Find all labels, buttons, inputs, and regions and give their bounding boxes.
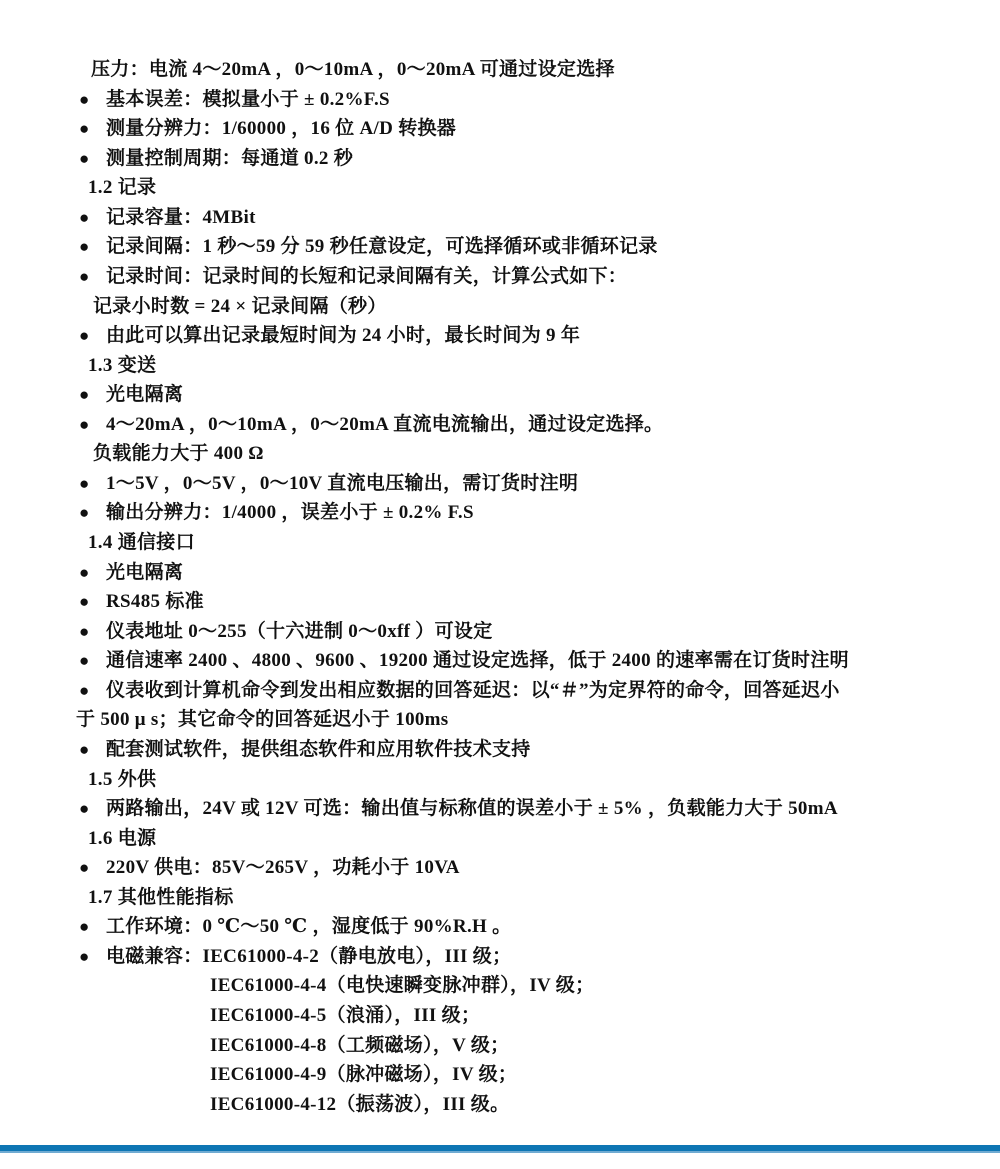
spec-text: 记录小时数 = 24 × 记录间隔（秒） [93, 296, 387, 317]
spec-line-section: 1.5 外供 [0, 765, 1000, 795]
spec-text: 1.4 通信接口 [88, 532, 195, 553]
spec-line-bullet: ●工作环境：0 ℃～50 ℃ ，湿度低于 90%R.H 。 [0, 912, 1000, 942]
spec-line-cont: 记录小时数 = 24 × 记录间隔（秒） [0, 292, 1000, 322]
spec-line-bullet: ●记录间隔：1 秒～59 分 59 秒任意设定，可选择循环或非循环记录 [0, 232, 1000, 262]
bullet-icon: ● [79, 794, 106, 824]
bullet-icon: ● [79, 646, 106, 676]
spec-line-bullet: ●电磁兼容：IEC61000-4-2（静电放电），III 级； [0, 942, 1000, 972]
spec-text: 记录间隔：1 秒～59 分 59 秒任意设定，可选择循环或非循环记录 [106, 236, 658, 257]
bullet-icon: ● [79, 853, 106, 883]
spec-document-page: 压力：电流 4～20mA ，0～10mA ，0～20mA 可通过设定选择●基本误… [0, 0, 1000, 1169]
bullet-icon: ● [79, 232, 106, 262]
bullet-icon: ● [79, 676, 106, 706]
spec-line-bullet: ●测量分辨力：1/60000 ，16 位 A/D 转换器 [0, 114, 1000, 144]
spec-text: 220V 供电：85V～265V ，功耗小于 10VA [106, 857, 460, 878]
bullet-icon: ● [79, 558, 106, 588]
spec-text: 光电隔离 [106, 562, 183, 583]
spec-line-contleft: 于 500 μ s；其它命令的回答延迟小于 100ms [0, 705, 1000, 735]
spec-text: 测量控制周期：每通道 0.2 秒 [106, 148, 353, 169]
spec-line-bullet: ●记录容量：4MBit [0, 203, 1000, 233]
spec-text: 压力：电流 4～20mA ，0～10mA ，0～20mA 可通过设定选择 [91, 59, 615, 80]
spec-list: 压力：电流 4～20mA ，0～10mA ，0～20mA 可通过设定选择●基本误… [0, 55, 1000, 1119]
spec-text: IEC61000-4-8（工频磁场），V 级； [210, 1035, 509, 1056]
spec-text: 记录容量：4MBit [106, 207, 256, 228]
bullet-icon: ● [79, 85, 106, 115]
spec-line-bullet: ●光电隔离 [0, 380, 1000, 410]
spec-text: 仪表收到计算机命令到发出相应数据的回答延迟：以“＃”为定界符的命令，回答延迟小 [106, 680, 840, 701]
spec-line-bullet: ●220V 供电：85V～265V ，功耗小于 10VA [0, 853, 1000, 883]
spec-text: IEC61000-4-12（振荡波），III 级。 [210, 1094, 509, 1115]
bullet-icon: ● [79, 262, 106, 292]
spec-text: 配套测试软件，提供组态软件和应用软件技术支持 [106, 739, 531, 760]
spec-line-emc: IEC61000-4-8（工频磁场），V 级； [0, 1031, 1000, 1061]
bullet-icon: ● [79, 321, 106, 351]
bullet-icon: ● [79, 498, 106, 528]
spec-text: 于 500 μ s；其它命令的回答延迟小于 100ms [76, 709, 449, 730]
spec-line-emc: IEC61000-4-9（脉冲磁场），IV 级； [0, 1060, 1000, 1090]
spec-text: RS485 标准 [106, 591, 204, 612]
spec-line-bullet: ●配套测试软件，提供组态软件和应用软件技术支持 [0, 735, 1000, 765]
bullet-icon: ● [79, 203, 106, 233]
spec-text: 负载能力大于 400 Ω [93, 443, 264, 464]
bullet-icon: ● [79, 942, 106, 972]
spec-text: 光电隔离 [106, 384, 183, 405]
spec-line-bullet: ●仪表地址 0～255（十六进制 0～0xff ）可设定 [0, 617, 1000, 647]
spec-line-section: 1.7 其他性能指标 [0, 883, 1000, 913]
spec-line-bullet: ●由此可以算出记录最短时间为 24 小时，最长时间为 9 年 [0, 321, 1000, 351]
spec-text: 1.2 记录 [88, 177, 156, 198]
bullet-icon: ● [79, 380, 106, 410]
spec-line-bullet: ●基本误差：模拟量小于 ± 0.2%F.S [0, 85, 1000, 115]
spec-text: 1.5 外供 [88, 769, 156, 790]
spec-text: 1.7 其他性能指标 [88, 887, 234, 908]
spec-text: 通信速率 2400 、4800 、9600 、19200 通过设定选择，低于 2… [106, 650, 849, 671]
spec-line-section: 1.2 记录 [0, 173, 1000, 203]
spec-line-emc: IEC61000-4-4（电快速瞬变脉冲群），IV 级； [0, 971, 1000, 1001]
spec-text: 1.3 变送 [88, 355, 156, 376]
spec-text: 4～20mA ，0～10mA ，0～20mA 直流电流输出，通过设定选择。 [106, 414, 663, 435]
spec-line-bullet: ●1～5V ，0～5V ，0～10V 直流电压输出，需订货时注明 [0, 469, 1000, 499]
spec-line-section: 1.6 电源 [0, 824, 1000, 854]
spec-text: 输出分辨力：1/4000 ，误差小于 ± 0.2% F.S [106, 502, 474, 523]
spec-line-bullet: ●光电隔离 [0, 558, 1000, 588]
spec-text: IEC61000-4-9（脉冲磁场），IV 级； [210, 1064, 517, 1085]
footer-divider-bar [0, 1145, 1000, 1153]
spec-text: 测量分辨力：1/60000 ，16 位 A/D 转换器 [106, 118, 456, 139]
spec-line-section: 1.3 变送 [0, 351, 1000, 381]
spec-line-bullet: ●4～20mA ，0～10mA ，0～20mA 直流电流输出，通过设定选择。 [0, 410, 1000, 440]
bullet-icon: ● [79, 114, 106, 144]
spec-line-cont: 负载能力大于 400 Ω [0, 439, 1000, 469]
bullet-icon: ● [79, 144, 106, 174]
spec-line-emc: IEC61000-4-5（浪涌），III 级； [0, 1001, 1000, 1031]
spec-line-bullet: ●测量控制周期：每通道 0.2 秒 [0, 144, 1000, 174]
spec-text: 记录时间：记录时间的长短和记录间隔有关，计算公式如下： [106, 266, 627, 287]
bullet-icon: ● [79, 587, 106, 617]
spec-text: 由此可以算出记录最短时间为 24 小时，最长时间为 9 年 [106, 325, 580, 346]
spec-text: 仪表地址 0～255（十六进制 0～0xff ）可设定 [106, 621, 493, 642]
spec-line-section: 1.4 通信接口 [0, 528, 1000, 558]
spec-line-intro: 压力：电流 4～20mA ，0～10mA ，0～20mA 可通过设定选择 [0, 55, 1000, 85]
spec-line-bullet: ●记录时间：记录时间的长短和记录间隔有关，计算公式如下： [0, 262, 1000, 292]
bullet-icon: ● [79, 617, 106, 647]
spec-text: IEC61000-4-4（电快速瞬变脉冲群），IV 级； [210, 975, 594, 996]
spec-line-bullet: ●仪表收到计算机命令到发出相应数据的回答延迟：以“＃”为定界符的命令，回答延迟小 [0, 676, 1000, 706]
spec-text: 工作环境：0 ℃～50 ℃ ，湿度低于 90%R.H 。 [106, 916, 511, 937]
spec-text: IEC61000-4-5（浪涌），III 级； [210, 1005, 480, 1026]
spec-text: 1～5V ，0～5V ，0～10V 直流电压输出，需订货时注明 [106, 473, 578, 494]
spec-line-emc: IEC61000-4-12（振荡波），III 级。 [0, 1090, 1000, 1120]
spec-line-bullet: ●输出分辨力：1/4000 ，误差小于 ± 0.2% F.S [0, 498, 1000, 528]
bullet-icon: ● [79, 410, 106, 440]
spec-line-bullet: ●两路输出，24V 或 12V 可选：输出值与标称值的误差小于 ± 5% ，负载… [0, 794, 1000, 824]
spec-text: 1.6 电源 [88, 828, 156, 849]
bullet-icon: ● [79, 735, 106, 765]
spec-line-bullet: ●RS485 标准 [0, 587, 1000, 617]
spec-text: 基本误差：模拟量小于 ± 0.2%F.S [106, 89, 390, 110]
spec-line-bullet: ●通信速率 2400 、4800 、9600 、19200 通过设定选择，低于 … [0, 646, 1000, 676]
spec-text: 电磁兼容：IEC61000-4-2（静电放电），III 级； [106, 946, 511, 967]
bullet-icon: ● [79, 469, 106, 499]
bullet-icon: ● [79, 912, 106, 942]
spec-text: 两路输出，24V 或 12V 可选：输出值与标称值的误差小于 ± 5% ，负载能… [106, 798, 838, 819]
